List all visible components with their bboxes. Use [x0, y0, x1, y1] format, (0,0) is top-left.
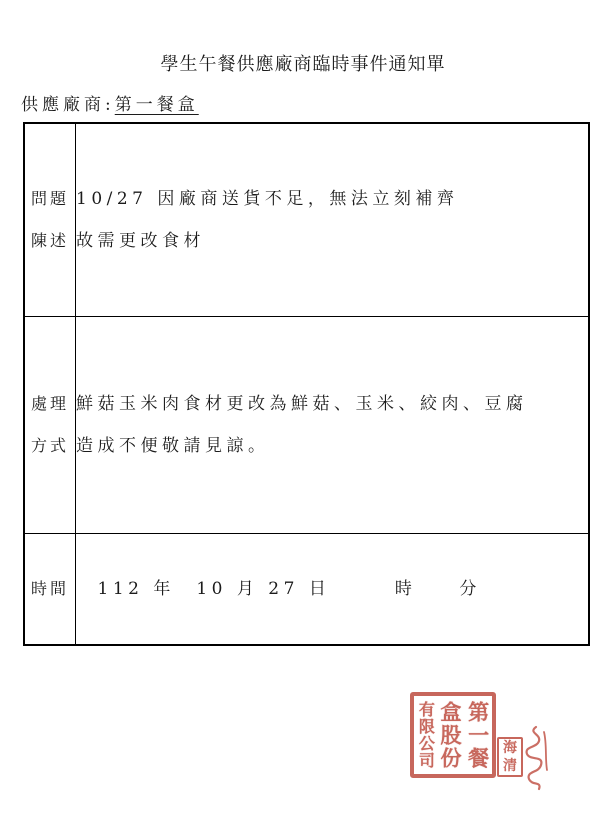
problem-label-cell: 問題 陳述	[24, 123, 76, 316]
time-content-line: 112 年 10 月 27 日 時 分	[76, 568, 588, 610]
company-seal-stamp: 第一餐 盒股份 有限公司	[410, 692, 496, 778]
handling-label-line1: 處理	[25, 383, 75, 425]
company-seal-column-middle: 盒股份	[440, 701, 461, 770]
problem-content-cell: 10/27 因廠商送貨不足，無法立刻補齊 故需更改食材	[76, 123, 590, 316]
time-label-cell: 時間	[24, 533, 76, 645]
notification-form-page: 學生午餐供應廠商臨時事件通知單 供應廠商:第一餐盒 問題 陳述 10/27 因廠…	[0, 0, 606, 839]
problem-label-line2: 陳述	[25, 220, 75, 262]
handling-content-line1: 鮮菇玉米肉食材更改為鮮菇、玉米、絞肉、豆腐	[76, 383, 588, 425]
table-row-problem: 問題 陳述 10/27 因廠商送貨不足，無法立刻補齊 故需更改食材	[24, 123, 589, 316]
company-seal-column-left: 有限公司	[417, 701, 433, 769]
time-label-line: 時間	[25, 568, 75, 610]
handling-label-cell: 處理 方式	[24, 316, 76, 533]
handling-label-line2: 方式	[25, 425, 75, 467]
table-row-time: 時間 112 年 10 月 27 日 時 分	[24, 533, 589, 645]
supplier-label: 供應廠商:	[21, 95, 115, 115]
problem-content-line2: 故需更改食材	[76, 220, 588, 262]
table-row-handling: 處理 方式 鮮菇玉米肉食材更改為鮮菇、玉米、絞肉、豆腐 造成不便敬請見諒。	[24, 316, 589, 533]
supplier-name-value: 第一餐盒	[115, 95, 199, 115]
page-title: 學生午餐供應廠商臨時事件通知單	[0, 50, 606, 76]
incident-form-table: 問題 陳述 10/27 因廠商送貨不足，無法立刻補齊 故需更改食材 處理 方式 …	[23, 122, 590, 646]
supplier-line: 供應廠商:第一餐盒	[21, 90, 199, 115]
handling-content-cell: 鮮菇玉米肉食材更改為鮮菇、玉米、絞肉、豆腐 造成不便敬請見諒。	[76, 316, 590, 533]
problem-content-line1: 10/27 因廠商送貨不足，無法立刻補齊	[76, 178, 588, 220]
time-content-cell: 112 年 10 月 27 日 時 分	[76, 533, 590, 645]
problem-label-line1: 問題	[25, 178, 75, 220]
handwritten-signature-red	[514, 724, 552, 792]
company-seal-column-right: 第一餐	[468, 701, 489, 770]
handling-content-line2: 造成不便敬請見諒。	[76, 425, 588, 467]
